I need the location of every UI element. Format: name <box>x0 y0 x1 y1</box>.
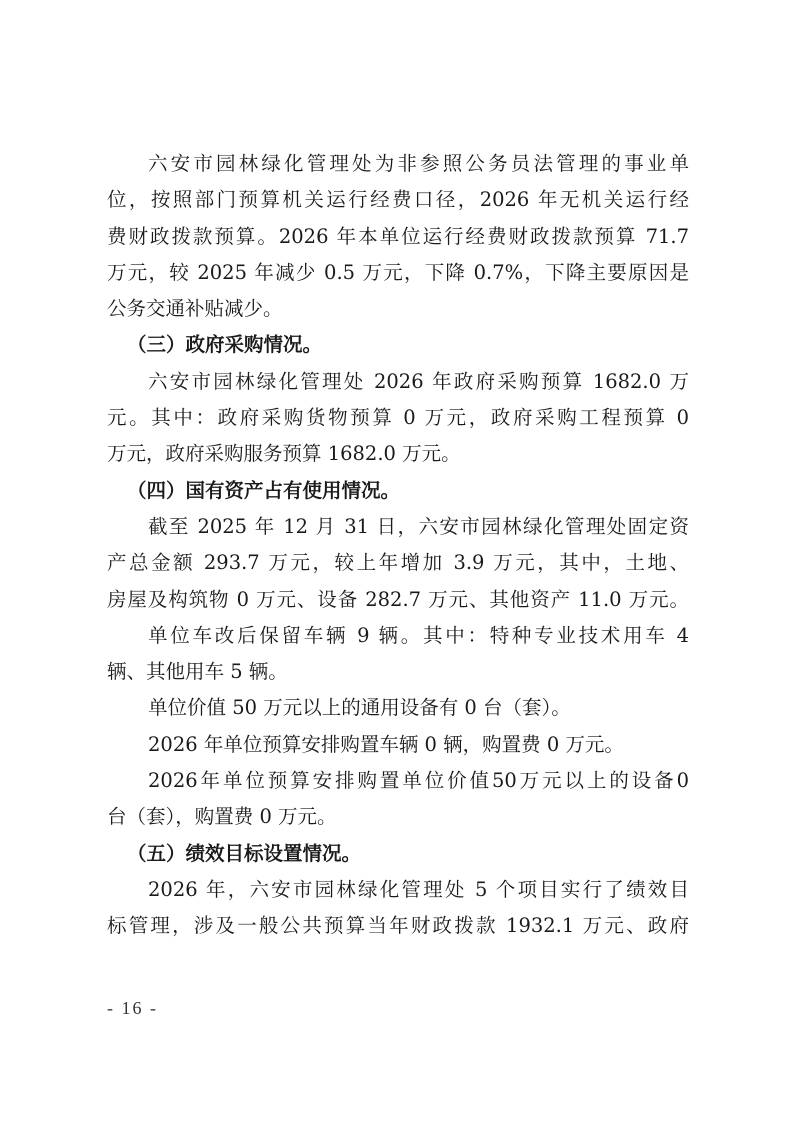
paragraph-line: 元。其中：政府采购货物预算 0 万元，政府采购工程预算 0 <box>107 400 689 436</box>
paragraph-line: 六安市园林绿化管理处 2026 年政府采购预算 1682.0 万 <box>107 364 689 400</box>
paragraph-line: 标管理，涉及一般公共预算当年财政拨款 1932.1 万元、政府 <box>107 908 689 944</box>
paragraph-line: 产总金额 293.7 万元，较上年增加 3.9 万元，其中，土地、 <box>107 545 689 581</box>
section-heading-state-assets: （四）国有资产占有使用情况。 <box>107 473 689 509</box>
paragraph-line: 台（套），购置费 0 万元。 <box>107 799 689 835</box>
section-heading-performance-goals: （五）绩效目标设置情况。 <box>107 836 689 872</box>
paragraph-line: 公务交通补贴减少。 <box>107 291 689 327</box>
paragraph-line: 房屋及构筑物 0 万元、设备 282.7 万元、其他资产 11.0 万元。 <box>107 582 689 618</box>
paragraph-line: 万元，较 2025 年减少 0.5 万元，下降 0.7%，下降主要原因是 <box>107 255 689 291</box>
paragraph-line: 截至 2025 年 12 月 31 日，六安市园林绿化管理处固定资 <box>107 509 689 545</box>
paragraph-line: 单位价值 50 万元以上的通用设备有 0 台（套）。 <box>107 690 689 726</box>
section-heading-procurement: （三）政府采购情况。 <box>107 327 689 363</box>
paragraph-line: 位，按照部门预算机关运行经费口径，2026 年无机关运行经 <box>107 182 689 218</box>
paragraph-line: 辆、其他用车 5 辆。 <box>107 654 689 690</box>
paragraph-line: 2026 年，六安市园林绿化管理处 5 个项目实行了绩效目 <box>107 872 689 908</box>
paragraph-line: 费财政拨款预算。2026 年本单位运行经费财政拨款预算 71.7 <box>107 219 689 255</box>
paragraph-line: 万元，政府采购服务预算 1682.0 万元。 <box>107 436 689 472</box>
paragraph-line: 单位车改后保留车辆 9 辆。其中：特种专业技术用车 4 <box>107 618 689 654</box>
document-page: 六安市园林绿化管理处为非参照公务员法管理的事业单 位，按照部门预算机关运行经费口… <box>107 146 689 945</box>
paragraph-line: 六安市园林绿化管理处为非参照公务员法管理的事业单 <box>107 146 689 182</box>
paragraph-line: 2026 年单位预算安排购置车辆 0 辆，购置费 0 万元。 <box>107 727 689 763</box>
paragraph-line: 2026年单位预算安排购置单位价值50万元以上的设备0 <box>107 763 689 799</box>
page-number: - 16 - <box>107 998 158 1019</box>
